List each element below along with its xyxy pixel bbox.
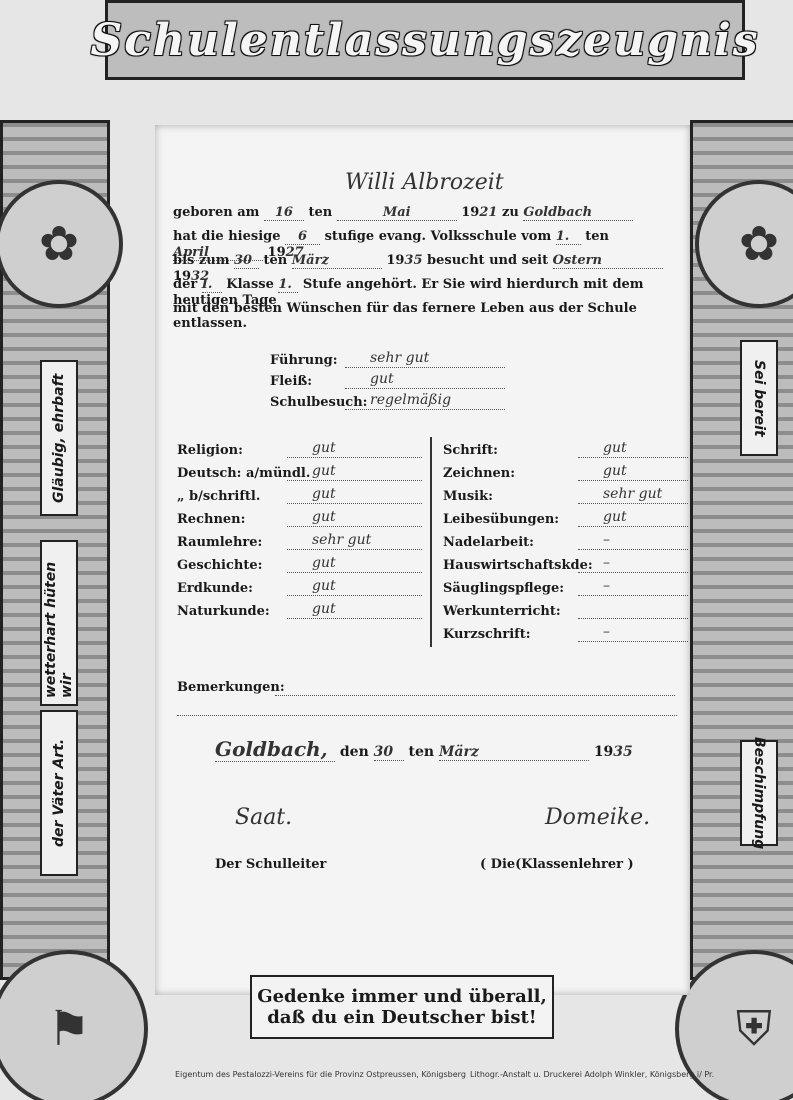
principal-label: Der Schulleiter [215,857,326,872]
certificate-body: Willi Albrozeit geboren am 16 ten Mai 19… [155,125,690,995]
oak-emblem-icon: ✿ [0,180,123,308]
subject-grade: gut [312,440,336,456]
grade-line [287,572,422,573]
farewell-line: mit den besten Wünschen für das fernere … [173,301,690,331]
printer-note: Lithogr.-Anstalt u. Druckerei Adolph Win… [470,1070,714,1079]
grade-line [578,641,688,642]
subject-grade: gut [312,578,336,594]
motto-banner-right-2: Beschimpfung [740,740,778,846]
grade-line [287,618,422,619]
grade-line [578,457,688,458]
remarks-line [177,715,677,716]
subject-grade: sehr gut [370,350,429,366]
subject-grade: – [603,624,610,640]
motto-banner-right-1: Sei bereit [740,340,778,456]
subject-label: „ b/schriftl. [177,489,260,504]
subject-label: Erdkunde: [177,581,253,596]
subject-label: Naturkunde: [177,604,270,619]
teacher-signature: Domeike. [545,805,650,830]
grade-line [345,367,505,368]
grade-line [578,526,688,527]
remarks-line [275,695,675,696]
subject-grade: gut [312,509,336,525]
subject-label: Fleiß: [270,374,312,389]
subject-label: Deutsch: a/mündl. [177,466,310,481]
grade-line [578,549,688,550]
subject-label: Werkunterricht: [443,604,561,619]
grade-line [578,480,688,481]
subject-label: Leibesübungen: [443,512,559,527]
grade-line [578,572,688,573]
birth-line: geboren am 16 ten Mai 1921 zu Goldbach [173,205,633,221]
grade-line [287,457,422,458]
subject-grade: gut [370,371,394,387]
subject-label: Religion: [177,443,243,458]
subject-label: Zeichnen: [443,466,515,481]
subject-label: Raumlehre: [177,535,262,550]
grade-line [578,503,688,504]
subject-grade: – [603,555,610,571]
subject-grade: – [603,578,610,594]
certificate-page: Schulentlassungszeugnis ✿ ✿ ⚑ ⛨ Gläubig,… [0,0,793,1100]
grade-line [578,618,688,619]
subject-label: Säuglingspflege: [443,581,564,596]
grade-line [287,549,422,550]
grade-line [287,595,422,596]
title-banner: Schulentlassungszeugnis [105,0,745,80]
date-line: Goldbach, den 30 ten März 1935 [215,737,633,762]
subject-grade: gut [603,509,627,525]
document-title: Schulentlassungszeugnis [90,15,759,66]
subject-grade: gut [312,555,336,571]
subject-grade: gut [603,463,627,479]
subject-label: Führung: [270,353,338,368]
subject-grade: regelmäßig [370,392,451,408]
grade-line [287,480,422,481]
motto-banner-left-1: Gläubig, ehrbaft [40,360,78,516]
motto-box: Gedenke immer und überall, daß du ein De… [250,975,554,1039]
column-divider [430,437,432,647]
teacher-label: ( Die(Klassenlehrer ) [480,857,634,872]
grade-line [345,409,505,410]
student-name: Willi Albrozeit [345,170,504,195]
grade-line [578,595,688,596]
remarks-label: Bemerkungen: [177,680,285,695]
subject-label: Kurzschrift: [443,627,531,642]
motto-banner-left-2: wetterhart hüten wir [40,540,78,706]
subject-label: Schrift: [443,443,498,458]
subject-grade: sehr gut [603,486,662,502]
grade-line [287,503,422,504]
motto-banner-left-3: der Väter Art. [40,710,78,876]
subject-grade: gut [312,601,336,617]
flag-emblem-icon: ⚑ [0,950,148,1100]
subject-grade: gut [603,440,627,456]
subject-label: Nadelarbeit: [443,535,534,550]
principal-signature: Saat. [235,805,292,830]
subject-label: Schulbesuch: [270,395,367,410]
subject-grade: – [603,532,610,548]
subject-label: Musik: [443,489,493,504]
subject-grade: sehr gut [312,532,371,548]
subject-grade: gut [312,463,336,479]
ownership-note: Eigentum des Pestalozzi-Vereins für die … [175,1070,466,1079]
subject-label: Rechnen: [177,512,245,527]
subject-label: Hauswirtschaftskde: [443,558,593,573]
grade-line [287,526,422,527]
grade-line [345,388,505,389]
subject-grade: gut [312,486,336,502]
subject-label: Geschichte: [177,558,262,573]
